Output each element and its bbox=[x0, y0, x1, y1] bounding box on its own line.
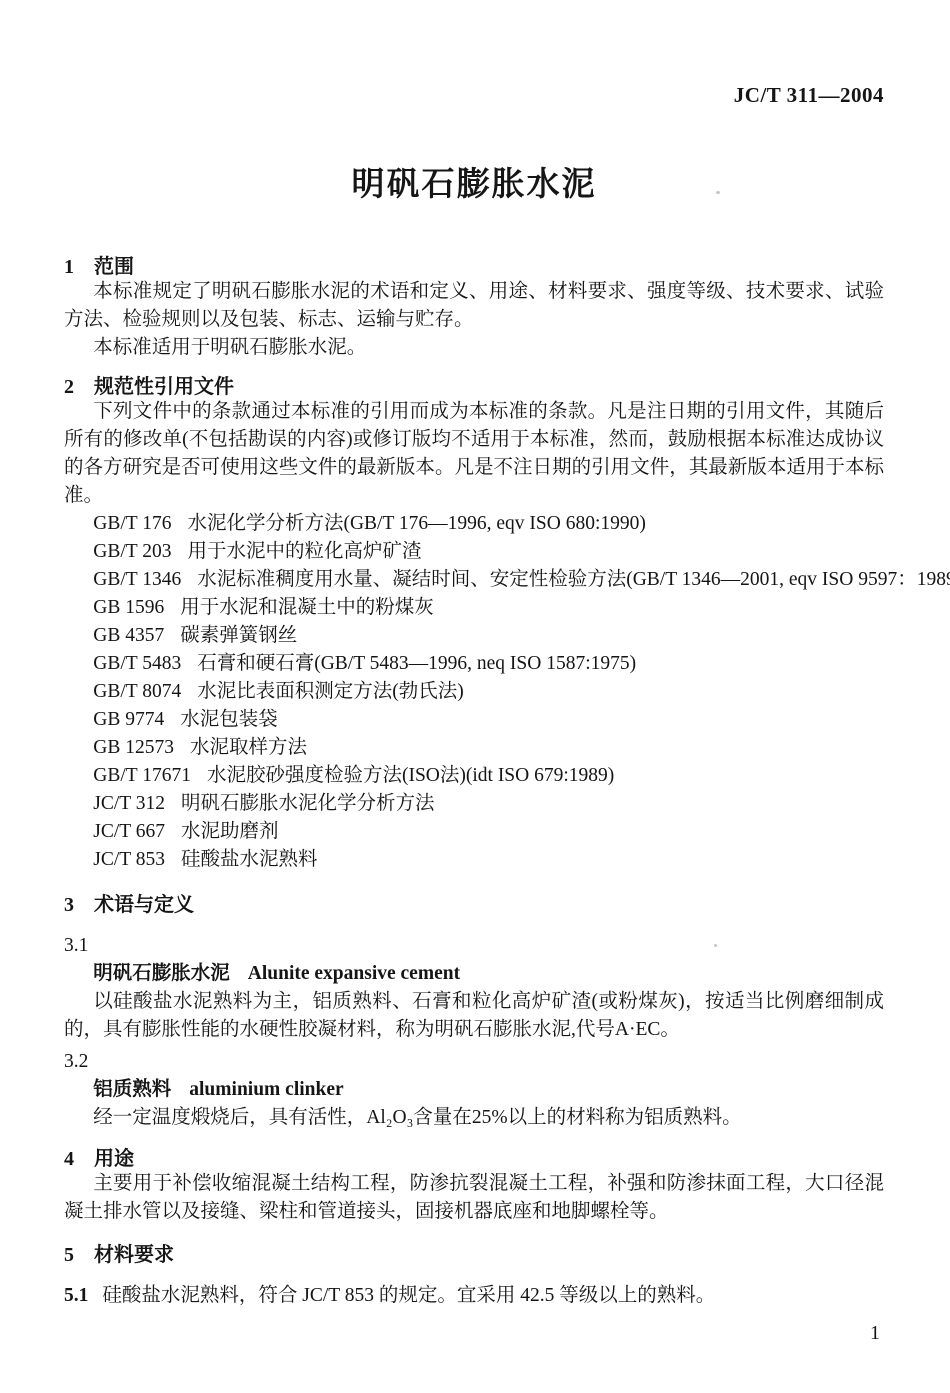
ref-code: JC/T 312 bbox=[93, 793, 165, 814]
ref-item: GB 1596用于水泥和混凝土中的粉煤灰 bbox=[64, 594, 884, 622]
section-1-heading: 1范围 bbox=[64, 256, 884, 278]
section-1-paragraph-2: 本标准适用于明矾石膨胀水泥。 bbox=[64, 334, 884, 362]
ref-item: GB 4357碳素弹簧钢丝 bbox=[64, 622, 884, 650]
section-4-number: 4 bbox=[64, 1148, 78, 1170]
ref-item: GB/T 5483石膏和硬石膏(GB/T 5483—1996, neq ISO … bbox=[64, 650, 884, 678]
term-3-1: 明矾石膨胀水泥Alunite expansive cement bbox=[64, 960, 884, 988]
ref-title: 用于水泥和混凝土中的粉煤灰 bbox=[180, 597, 434, 618]
page-content: JC/T 311—2004 明矾石膨胀水泥 1范围 本标准规定了明矾石膨胀水泥的… bbox=[0, 0, 950, 1310]
section-5-number: 5 bbox=[64, 1244, 78, 1266]
section-1-title: 范围 bbox=[94, 256, 134, 278]
clause-3-1-number: 3.1 bbox=[64, 932, 884, 960]
ref-code: GB/T 17671 bbox=[93, 765, 191, 786]
doc-number: JC/T 311—2004 bbox=[64, 0, 884, 106]
ref-code: GB/T 176 bbox=[93, 513, 171, 534]
section-2-intro: 下列文件中的条款通过本标准的引用而成为本标准的条款。凡是注日期的引用文件，其随后… bbox=[64, 398, 884, 510]
section-4-heading: 4用途 bbox=[64, 1148, 884, 1170]
term-3-1-en: Alunite expansive cement bbox=[248, 963, 460, 984]
section-1-number: 1 bbox=[64, 256, 78, 278]
ref-title: 硅酸盐水泥熟料 bbox=[181, 849, 318, 870]
section-2-title: 规范性引用文件 bbox=[94, 376, 234, 398]
ref-code: GB/T 203 bbox=[93, 541, 171, 562]
clause-5-1-number: 5.1 bbox=[64, 1285, 88, 1306]
ref-item: GB/T 17671水泥胶砂强度检验方法(ISO法)(idt ISO 679:1… bbox=[64, 762, 884, 790]
clause-5-1: 5.1硅酸盐水泥熟料，符合 JC/T 853 的规定。宜采用 42.5 等级以上… bbox=[64, 1282, 884, 1310]
ref-title: 水泥助磨剂 bbox=[181, 821, 279, 842]
term-3-2-zh: 铝质熟料 bbox=[93, 1079, 171, 1100]
clause-3-1-definition: 以硅酸盐水泥熟料为主，铝质熟料、石膏和粒化高炉矿渣(或粉煤灰)，按适当比例磨细制… bbox=[64, 988, 884, 1044]
ref-code: GB 4357 bbox=[93, 625, 164, 646]
ref-title: 水泥包装袋 bbox=[180, 709, 278, 730]
scan-speck bbox=[714, 944, 717, 947]
ref-title: 石膏和硬石膏(GB/T 5483—1996, neq ISO 1587:1975… bbox=[197, 653, 636, 674]
ref-code: GB 9774 bbox=[93, 709, 164, 730]
clause-5-1-text: 硅酸盐水泥熟料，符合 JC/T 853 的规定。宜采用 42.5 等级以上的熟料… bbox=[102, 1285, 715, 1306]
ref-title: 碳素弹簧钢丝 bbox=[180, 625, 297, 646]
ref-item: JC/T 667水泥助磨剂 bbox=[64, 818, 884, 846]
section-5-heading: 5材料要求 bbox=[64, 1244, 884, 1266]
scan-speck bbox=[716, 191, 720, 194]
ref-title: 水泥标准稠度用水量、凝结时间、安定性检验方法(GB/T 1346—2001, e… bbox=[197, 569, 950, 590]
ref-code: JC/T 853 bbox=[93, 849, 165, 870]
ref-item: GB 12573水泥取样方法 bbox=[64, 734, 884, 762]
term-3-2: 铝质熟料aluminium clinker bbox=[64, 1076, 884, 1104]
reference-list: GB/T 176水泥化学分析方法(GB/T 176—1996, eqv ISO … bbox=[64, 510, 884, 874]
document-page: JC/T 311—2004 明矾石膨胀水泥 1范围 本标准规定了明矾石膨胀水泥的… bbox=[0, 0, 950, 1393]
ref-item: GB/T 8074水泥比表面积测定方法(勃氏法) bbox=[64, 678, 884, 706]
ref-item: JC/T 853硅酸盐水泥熟料 bbox=[64, 846, 884, 874]
section-2-heading: 2规范性引用文件 bbox=[64, 376, 884, 398]
section-1-paragraph-1: 本标准规定了明矾石膨胀水泥的术语和定义、用途、材料要求、强度等级、技术要求、试验… bbox=[64, 278, 884, 334]
section-4-paragraph: 主要用于补偿收缩混凝土结构工程，防渗抗裂混凝土工程，补强和防渗抹面工程，大口径混… bbox=[64, 1170, 884, 1226]
ref-item: GB/T 176水泥化学分析方法(GB/T 176—1996, eqv ISO … bbox=[64, 510, 884, 538]
section-5-title: 材料要求 bbox=[94, 1244, 174, 1266]
ref-title: 用于水泥中的粒化高炉矿渣 bbox=[187, 541, 421, 562]
ref-item: GB/T 203用于水泥中的粒化高炉矿渣 bbox=[64, 538, 884, 566]
ref-item: GB 9774水泥包装袋 bbox=[64, 706, 884, 734]
ref-title: 水泥胶砂强度检验方法(ISO法)(idt ISO 679:1989) bbox=[207, 765, 614, 786]
section-2-number: 2 bbox=[64, 376, 78, 398]
section-3-number: 3 bbox=[64, 894, 78, 916]
ref-code: GB/T 1346 bbox=[93, 569, 181, 590]
page-title: 明矾石膨胀水泥 bbox=[64, 166, 884, 204]
term-3-2-en: aluminium clinker bbox=[189, 1079, 343, 1100]
ref-title: 水泥取样方法 bbox=[190, 737, 307, 758]
ref-code: GB/T 5483 bbox=[93, 653, 181, 674]
ref-item: GB/T 1346水泥标准稠度用水量、凝结时间、安定性检验方法(GB/T 134… bbox=[64, 566, 884, 594]
clause-3-2-number: 3.2 bbox=[64, 1048, 884, 1076]
section-4-title: 用途 bbox=[94, 1148, 134, 1170]
ref-title: 明矾石膨胀水泥化学分析方法 bbox=[181, 793, 435, 814]
clause-3-2-definition: 经一定温度煅烧后，具有活性，Al₂O₃含量在25%以上的材料称为铝质熟料。 bbox=[64, 1104, 884, 1132]
section-3-title: 术语与定义 bbox=[94, 894, 194, 916]
page-number: 1 bbox=[870, 1322, 880, 1344]
term-3-1-zh: 明矾石膨胀水泥 bbox=[93, 963, 230, 984]
section-3-heading: 3术语与定义 bbox=[64, 894, 884, 916]
ref-code: GB 12573 bbox=[93, 737, 174, 758]
ref-code: GB/T 8074 bbox=[93, 681, 181, 702]
ref-code: GB 1596 bbox=[93, 597, 164, 618]
ref-title: 水泥化学分析方法(GB/T 176—1996, eqv ISO 680:1990… bbox=[187, 513, 645, 534]
ref-item: JC/T 312明矾石膨胀水泥化学分析方法 bbox=[64, 790, 884, 818]
ref-title: 水泥比表面积测定方法(勃氏法) bbox=[197, 681, 464, 702]
ref-code: JC/T 667 bbox=[93, 821, 165, 842]
